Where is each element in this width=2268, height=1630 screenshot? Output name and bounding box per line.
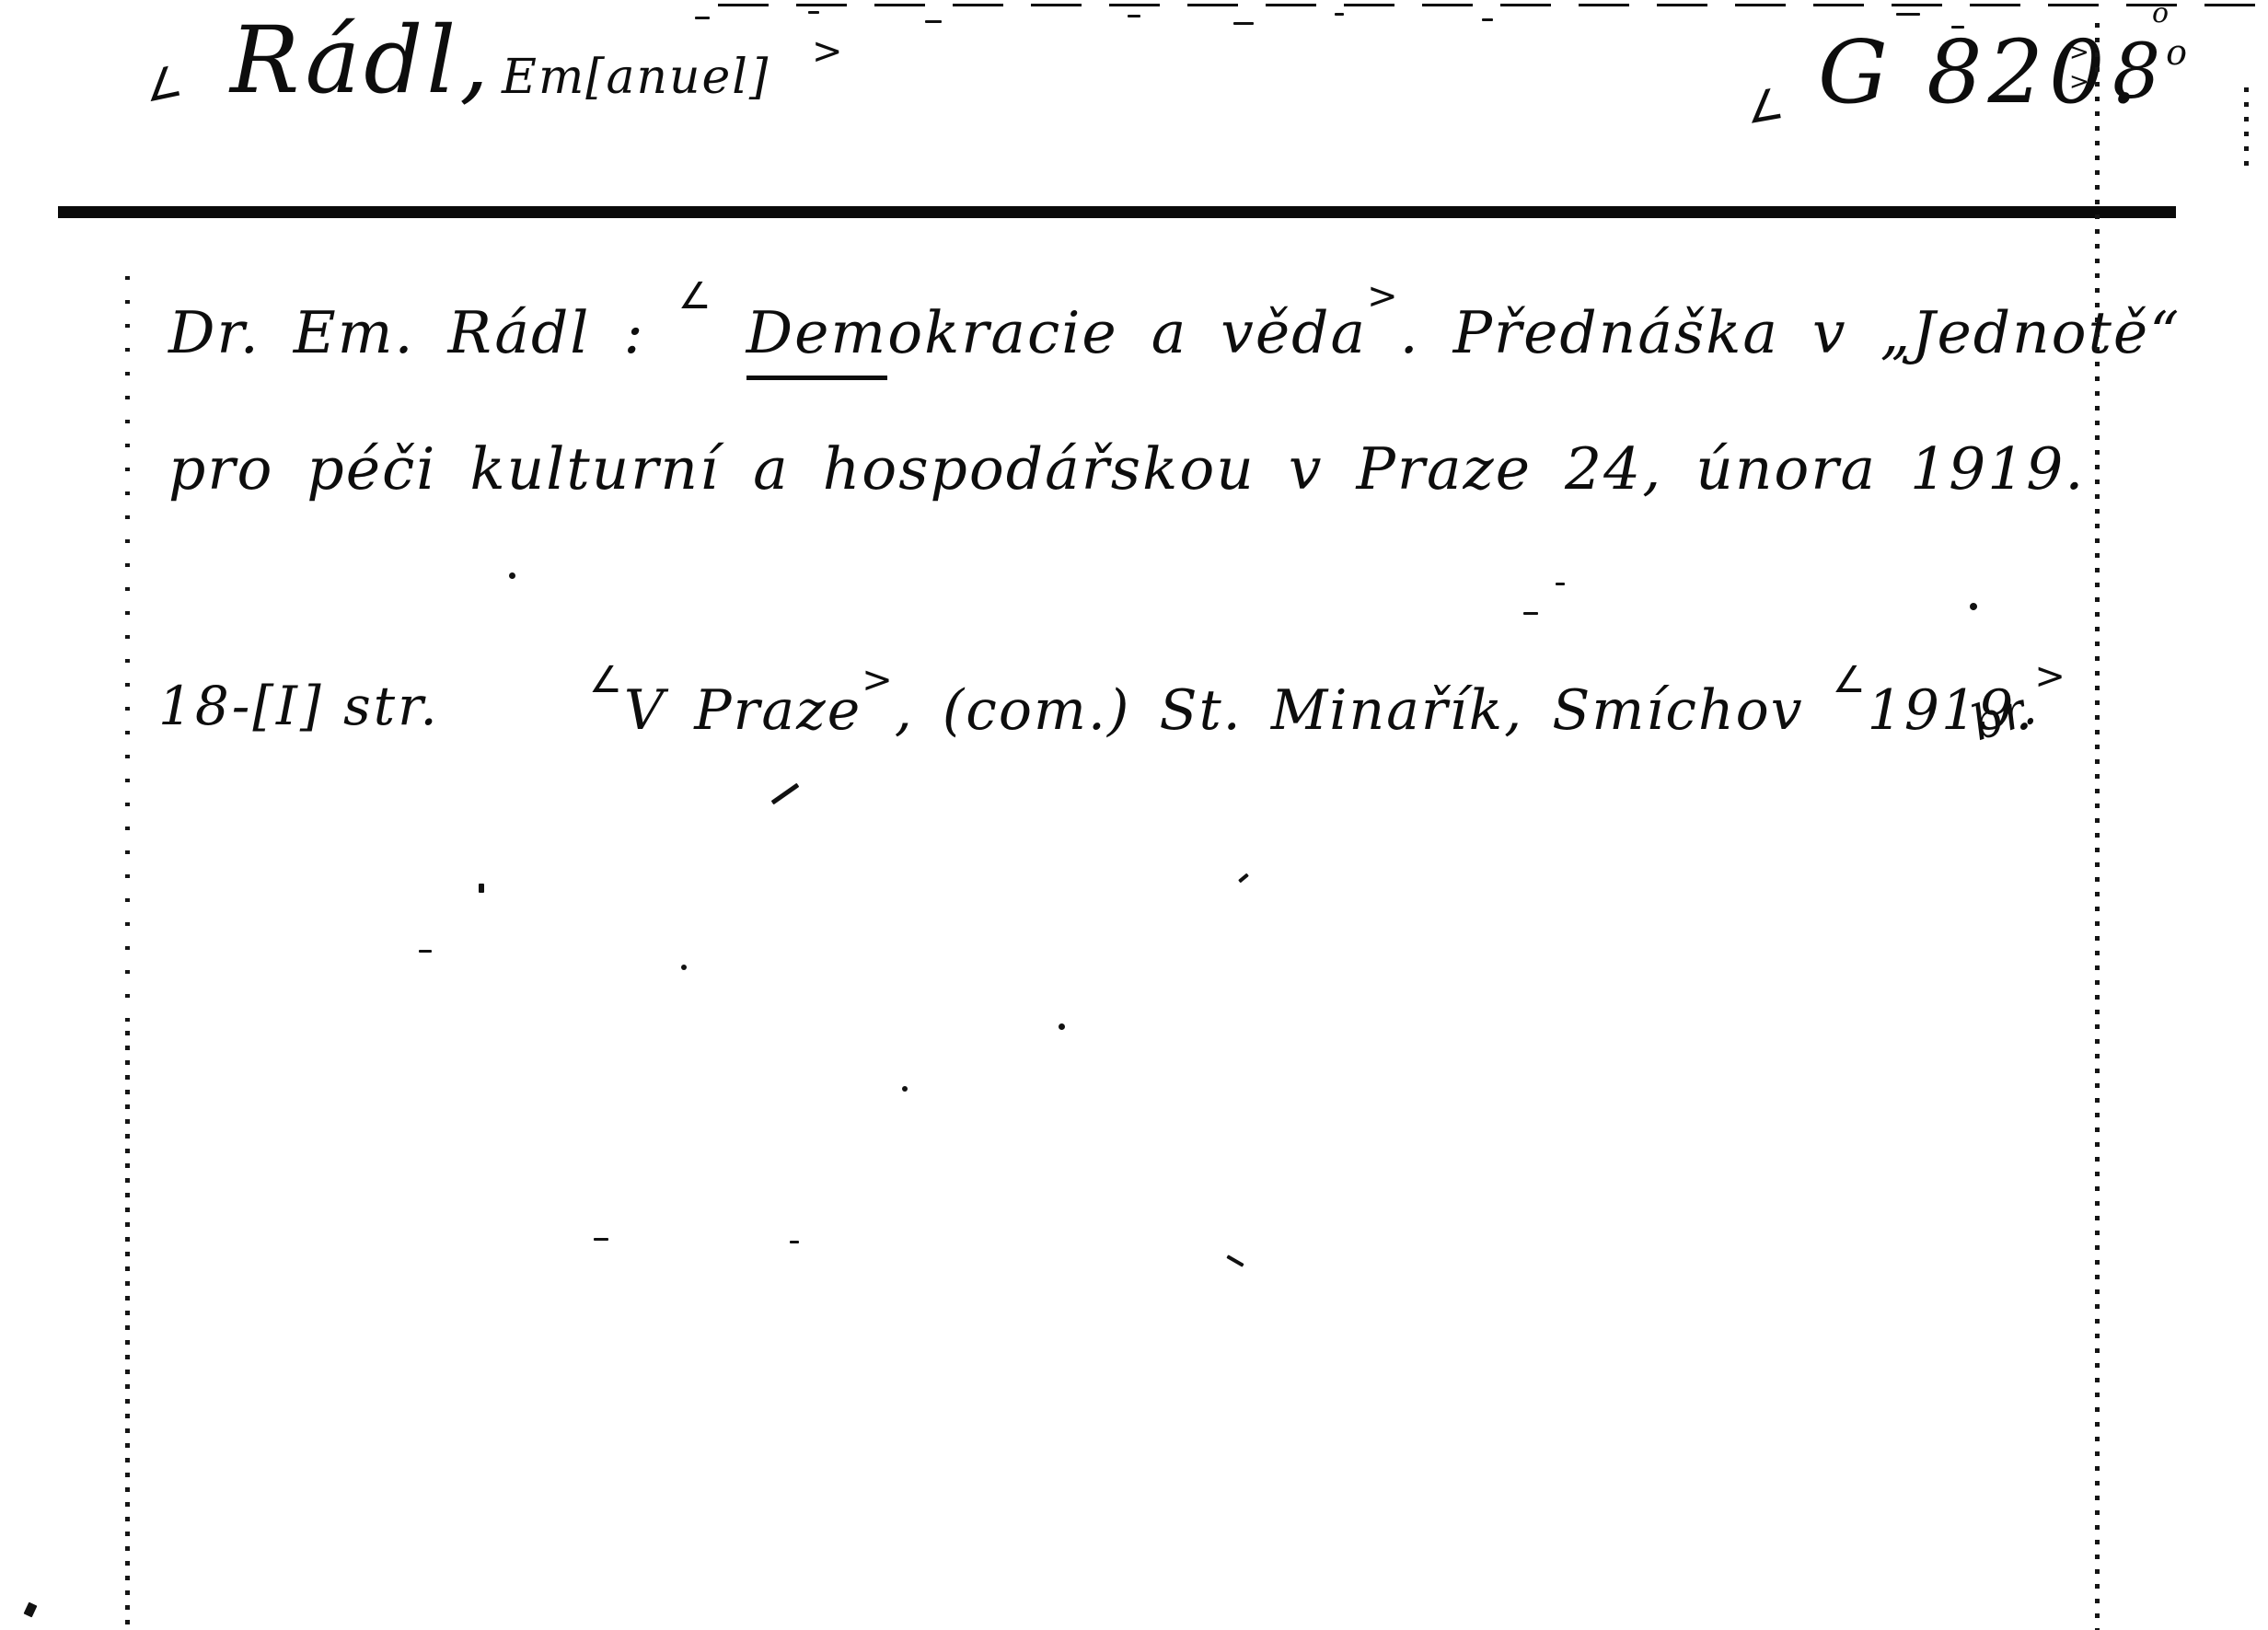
- title-rest: okracie a věda: [887, 299, 1367, 366]
- title-tail: . Přednáška v „Jednotě“: [1400, 299, 2181, 366]
- noise-speck: [419, 950, 432, 953]
- noise-speck: [1556, 583, 1565, 585]
- noise-speck: [1128, 15, 1140, 17]
- title-underlined-part: Dem: [746, 299, 888, 380]
- noise-speck: [479, 884, 484, 893]
- call-number-insert-mark: ∠: [1741, 82, 1787, 130]
- imprint-statement: ∠V Praze>, (com.) St. Minařík, Smíchov ∠…: [589, 683, 2067, 738]
- format-mark-top: >: [2069, 40, 2089, 64]
- noise-speck: [1238, 873, 1249, 884]
- noise-speck: [925, 20, 942, 23]
- noise-speck: [681, 965, 687, 970]
- imprint-insert-open: ∠: [589, 662, 624, 699]
- heading-rule: [58, 206, 2176, 218]
- format-digit: 8: [2112, 29, 2160, 116]
- right-guide-dotted-line: [2095, 23, 2100, 1630]
- noise-slash: [771, 783, 800, 805]
- noise-speck: [1896, 13, 1920, 16]
- noise-speck: [1059, 1023, 1065, 1030]
- noise-speck: [1233, 22, 1254, 25]
- left-guide-dotted-line-lower: [125, 1031, 130, 1630]
- year-insert-open: ∠: [1833, 662, 1868, 699]
- noise-speck: [902, 1086, 908, 1092]
- noise-speck: [1482, 18, 1493, 21]
- heading-author-surname: Rádl,: [230, 15, 492, 107]
- right-edge-dotted-segment: [2244, 87, 2249, 166]
- imprint-place: V Praze: [624, 678, 862, 743]
- imprint-publisher: , (com.) St. Minařík, Smíchov: [895, 678, 1804, 743]
- noise-speck: [808, 11, 819, 14]
- noise-speck: [509, 572, 515, 579]
- noise-speck: [1969, 602, 1978, 611]
- title-insert-close: >: [1367, 278, 1400, 315]
- stray-o-mark: o: [2152, 0, 2169, 28]
- noise-speck: [24, 1602, 38, 1618]
- noise-speck: [695, 17, 710, 19]
- title-line: Dr. Em. Rádl : ∠ Demokracie a věda>. Pře…: [168, 304, 2181, 362]
- author-statement: Dr. Em. Rádl :: [168, 299, 645, 366]
- catalog-card-scan: { "card_type": "library-catalog-card", "…: [0, 0, 2268, 1630]
- noise-speck: [594, 1238, 608, 1241]
- year-insert-close: >: [2034, 658, 2067, 695]
- format-ordinal: o: [2166, 32, 2187, 73]
- noise-speck: [1951, 26, 1964, 29]
- noise-speck: [1523, 612, 1538, 615]
- collation-statement: 18-[I] str.: [158, 679, 440, 733]
- format-mark-bottom: >: [2069, 70, 2089, 94]
- left-guide-dotted-line-upper: [125, 276, 130, 1031]
- title-line-2: pro péči kulturní a hospodářskou v Praze…: [168, 440, 2085, 498]
- imprint-insert-close: >: [862, 662, 895, 699]
- insertion-mark-open: ∠: [140, 59, 186, 109]
- heading-author-forename: Em[anuel]: [502, 53, 769, 101]
- noise-speck: [1226, 1254, 1244, 1266]
- noise-speck: [1335, 13, 1344, 16]
- noise-speck: [790, 1241, 799, 1243]
- scan-noise-top-line: [718, 4, 2264, 6]
- format-statement: 8o: [2112, 35, 2181, 110]
- insertion-mark-close: >: [812, 33, 843, 70]
- title-insert-open: ∠: [678, 278, 713, 315]
